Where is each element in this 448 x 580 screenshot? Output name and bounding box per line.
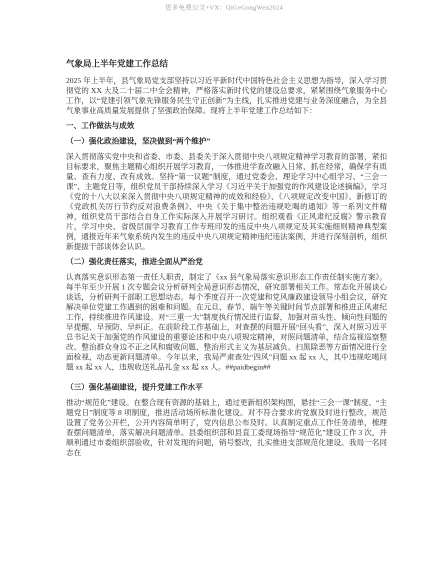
document-page: 更多免费公文+VX：QiGeGongWen2024 气象局上半年党建工作总结 2…	[0, 0, 448, 580]
paragraph-political-building: 深入贯彻落实党中央和省委、市委、县委关于深入贯彻中央八项规定精神学习教育的部署，…	[66, 152, 387, 252]
page-canvas: 更多免费公文+VX：QiGeGongWen2024 气象局上半年党建工作总结 2…	[0, 0, 448, 580]
section-heading-achievements: 一、工作做法与成效	[66, 121, 387, 131]
paragraph-responsibility: 认真落实意识形态第一责任人职责，制定了《xx 县气象局落实意识形态工作责任制实施…	[66, 273, 387, 373]
paragraph-foundation: 推动“规范化”建设。在整合现有资源的基础上，通过更新组织架构图，悬挂“三会一课”…	[66, 398, 387, 458]
document-content: 气象局上半年党建工作总结 2025 年上半年，县气象局党支部坚持以习近平新时代中…	[66, 58, 387, 463]
document-title: 气象局上半年党建工作总结	[66, 58, 387, 70]
watermark-text: 更多免费公文+VX：QiGeGongWen2024	[0, 4, 448, 12]
subsection-heading-responsibility: （二）强化责任落实，推进全面从严治党	[66, 257, 387, 267]
subsection-heading-foundation: （三）强化基础建设，提升党建工作水平	[66, 383, 387, 393]
subsection-heading-political-building: （一）强化政治建设，坚决做到“两个维护”	[66, 137, 387, 147]
paragraph-intro: 2025 年上半年，县气象局党支部坚持以习近平新时代中国特色社会主义思想为指导，…	[66, 76, 387, 116]
